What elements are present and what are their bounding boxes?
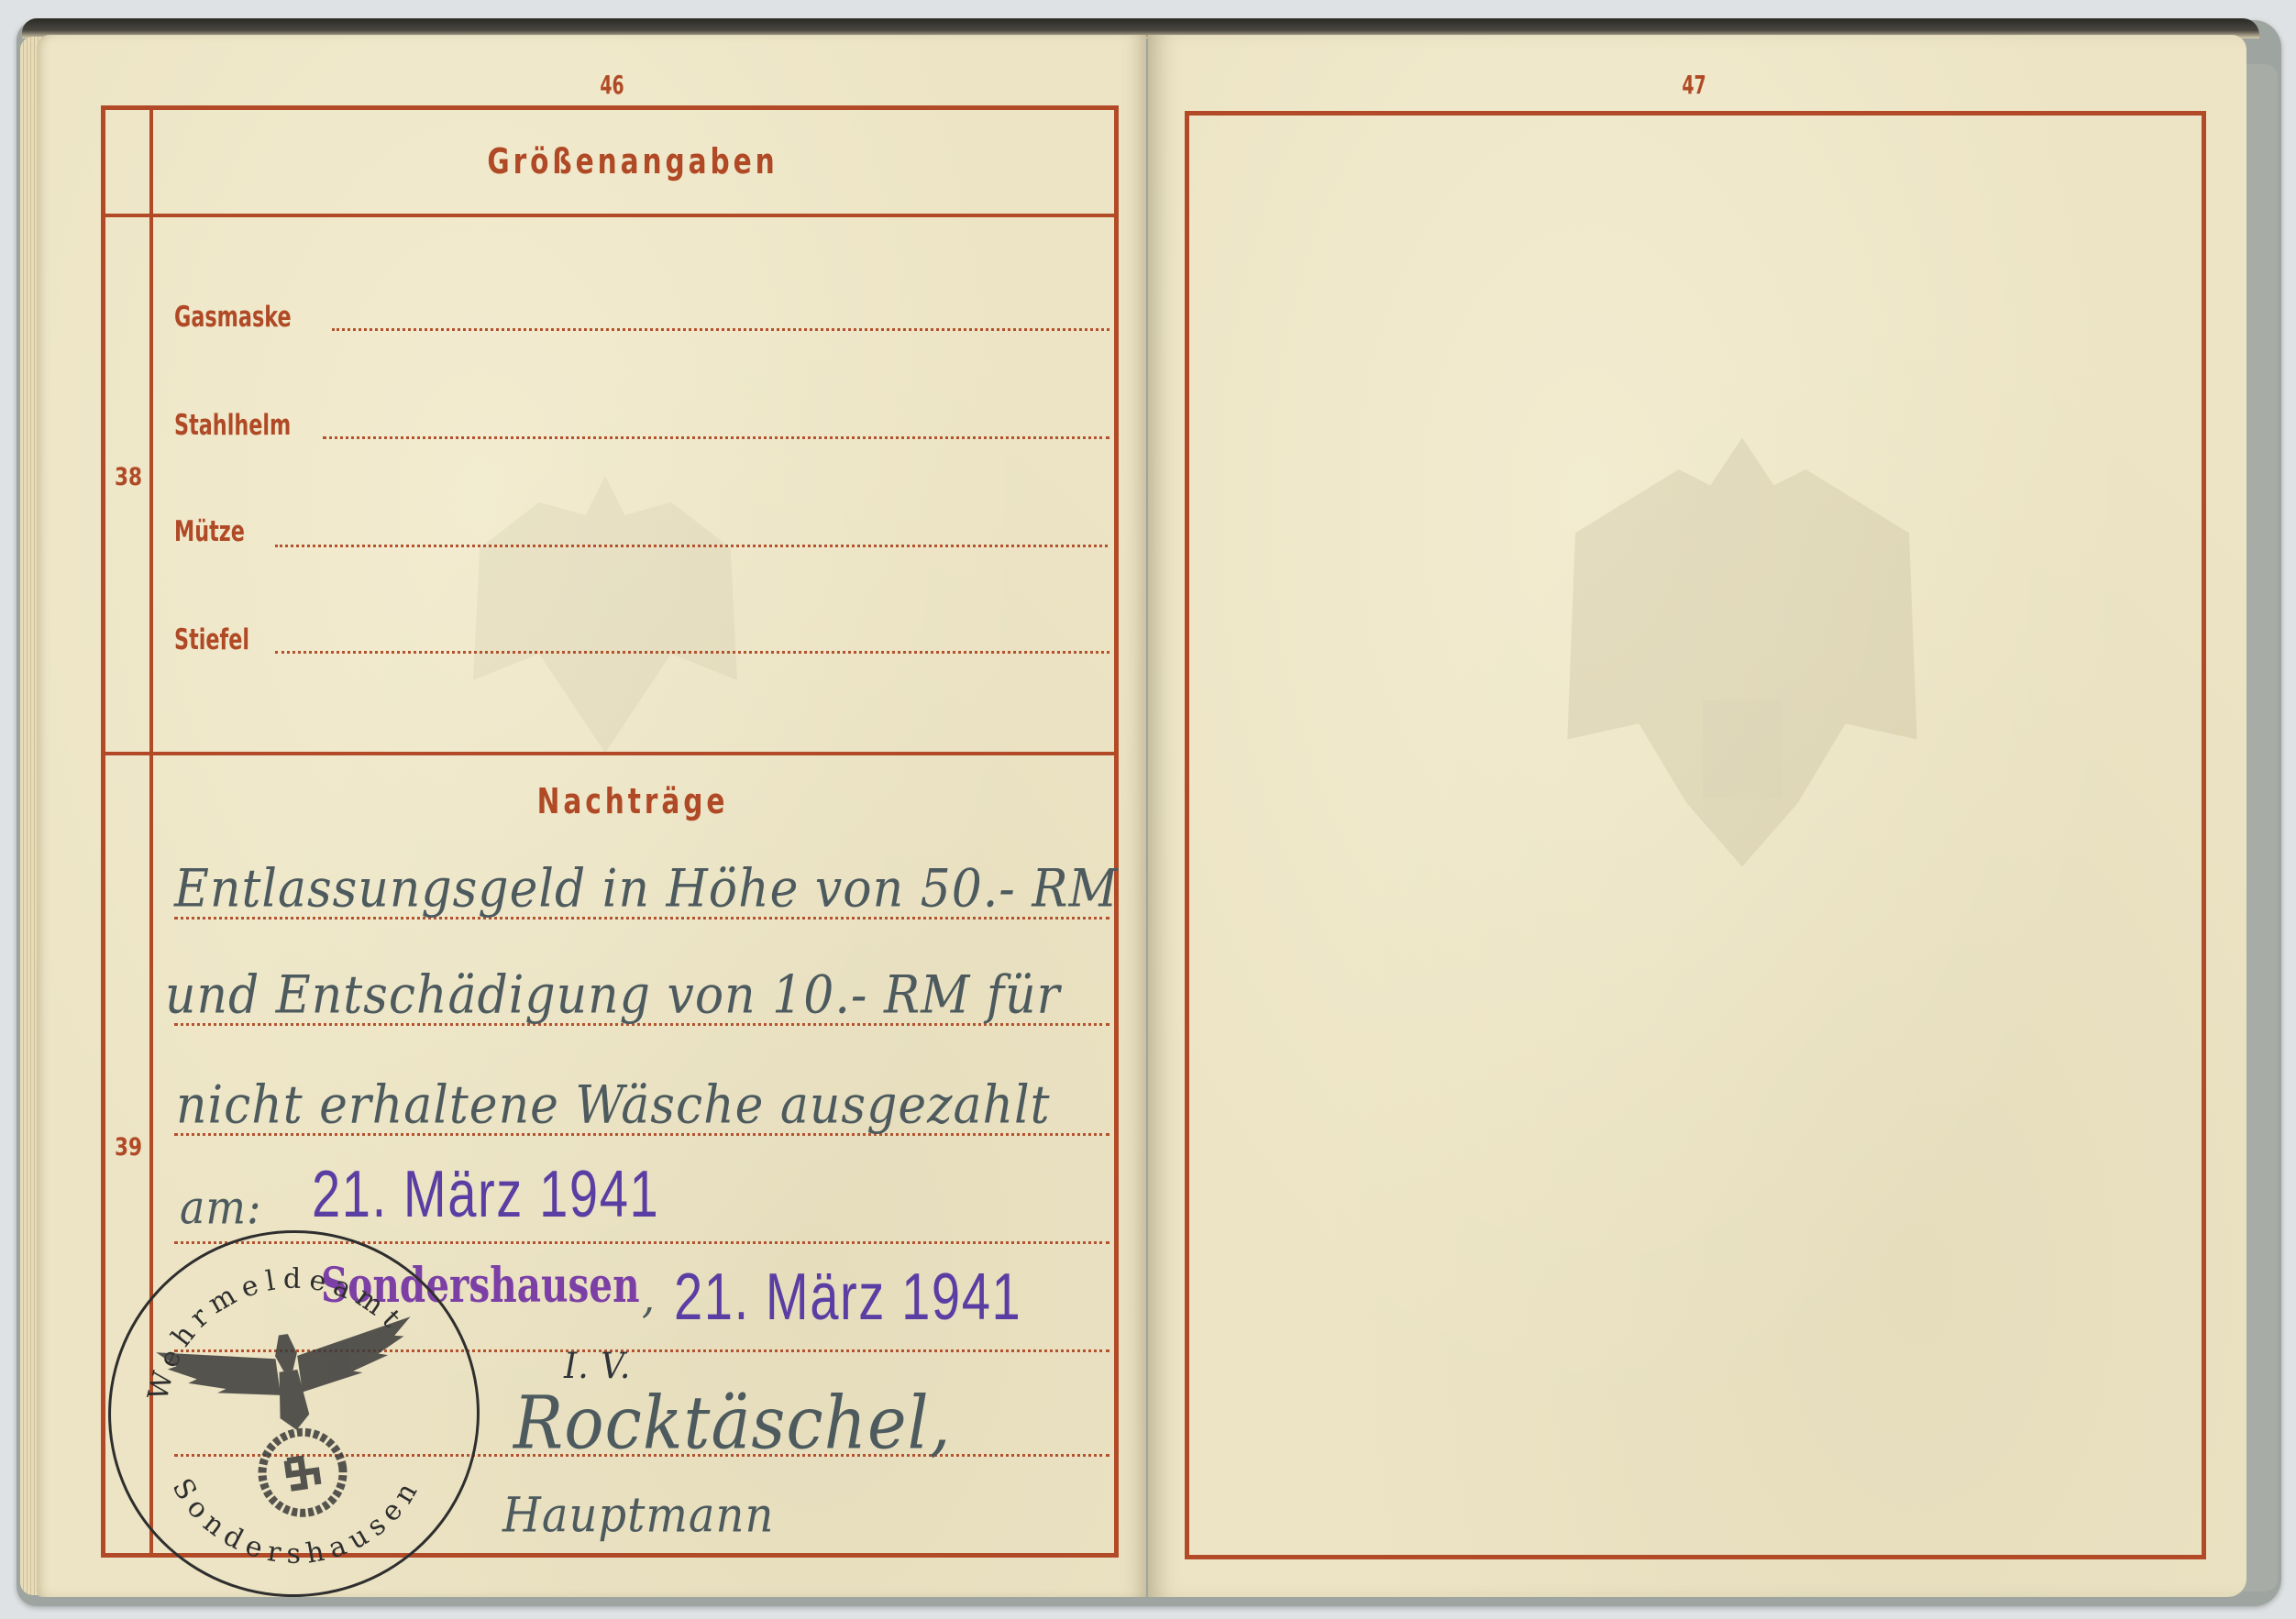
section-title-groessenangaben: Größenangaben bbox=[418, 141, 847, 182]
seal-graphic: Wehrmeldeamt Sondershausen bbox=[88, 1209, 502, 1619]
field-line-stahlhelm[interactable] bbox=[323, 436, 1109, 439]
eagle-watermark bbox=[1540, 422, 1944, 898]
page-number-right: 47 bbox=[1682, 70, 1705, 100]
field-line-stiefel[interactable] bbox=[275, 651, 1109, 654]
official-seal: Wehrmeldeamt Sondershausen bbox=[84, 1206, 503, 1619]
field-label-stahlhelm: Stahlhelm bbox=[174, 409, 291, 442]
header-divider bbox=[103, 214, 1117, 217]
section-title-nachtraege: Nachträge bbox=[454, 781, 811, 821]
handwritten-line-3: nicht erhaltene Wäsche ausgezahlt bbox=[176, 1075, 1051, 1136]
stamp-place-date: 21. März 1941 bbox=[674, 1260, 1021, 1335]
handwritten-line-1: Entlassungsgeld in Höhe von 50.- RM bbox=[174, 859, 1119, 920]
row-number-39: 39 bbox=[114, 1133, 143, 1162]
field-label-muetze: Mütze bbox=[174, 515, 245, 548]
field-label-gasmaske: Gasmaske bbox=[174, 301, 292, 334]
cover-edge-right bbox=[2243, 64, 2278, 1591]
field-line-muetze[interactable] bbox=[275, 545, 1108, 547]
handwritten-comma: , bbox=[642, 1272, 656, 1323]
section-divider bbox=[103, 752, 1117, 755]
handwritten-line-2: und Entschädigung von 10.- RM für bbox=[165, 965, 1060, 1026]
handwritten-am-prefix: am: bbox=[180, 1180, 262, 1234]
field-label-stiefel: Stiefel bbox=[174, 623, 249, 656]
page-number-left: 46 bbox=[600, 70, 624, 100]
field-line-gasmaske[interactable] bbox=[332, 328, 1109, 331]
rank-handwritten: Hauptmann bbox=[502, 1487, 774, 1544]
row-number-38: 38 bbox=[114, 463, 143, 491]
signature: Rocktäschel, bbox=[513, 1381, 952, 1465]
